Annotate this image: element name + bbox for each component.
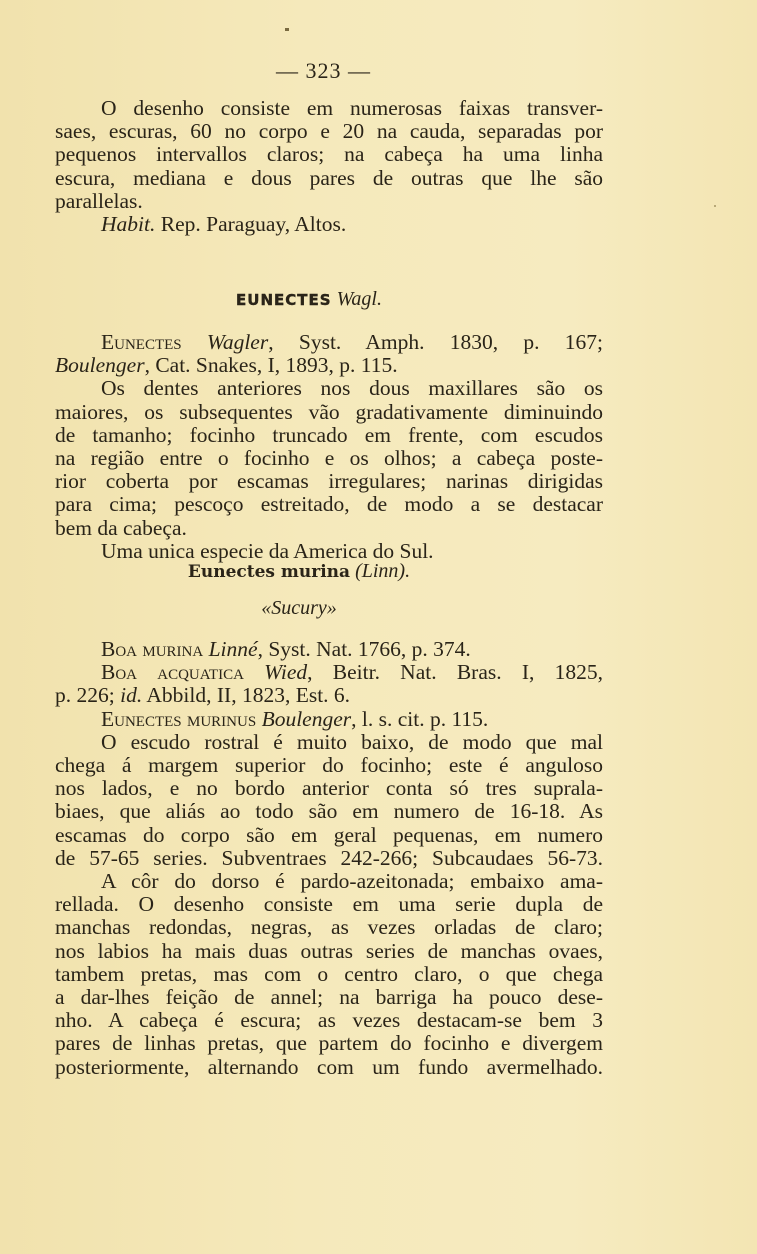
genus-author: Wagl.	[332, 288, 382, 310]
species-section: Boa murina Linné, Syst. Nat. 1766, p. 37…	[55, 638, 603, 1079]
synonym-citation: , l. s. cit. p. 115.	[351, 707, 488, 731]
text-line: de 57-65 series. Subventraes 242-266; Su…	[55, 847, 603, 870]
synonym-name: Eunectes murinus	[101, 707, 256, 731]
species-heading: Eunectes murina (Linn).	[55, 560, 603, 583]
text-line: biaes, que aliás ao todo são em numero d…	[55, 800, 603, 823]
ref-author: Boulenger	[55, 353, 145, 377]
text-line: A côr do dorso é pardo-azeitonada; embai…	[55, 870, 603, 893]
habitat-label: Habit.	[101, 212, 155, 236]
text-line: rellada. O desenho consiste em uma serie…	[55, 893, 603, 916]
text-line: tambem pretas, mas com o centro claro, o…	[55, 963, 603, 986]
text-line: maiores, os subsequentes vão gradativame…	[55, 401, 603, 424]
synonym-name: Boa acquatica	[101, 660, 244, 684]
text-line: para cima; pescoço estreitado, de modo a…	[55, 493, 603, 516]
ref-author: Wagler	[182, 330, 269, 354]
synonym: Boa murina Linné, Syst. Nat. 1766, p. 37…	[55, 638, 603, 661]
text-line: pequenos intervallos claros; na cabeça h…	[55, 143, 603, 166]
text-line: Os dentes anteriores nos dous maxillares…	[55, 377, 603, 400]
ref-citation: , Cat. Snakes, I, 1893, p. 115.	[145, 353, 398, 377]
text-line: O desenho consiste em numerosas faixas t…	[55, 97, 603, 120]
text-line: nho. A cabeça é escura; as vezes destaca…	[55, 1009, 603, 1032]
text-line: chega á margem superior do focinho; este…	[55, 754, 603, 777]
habitat-text: Rep. Paraguay, Altos.	[155, 212, 346, 236]
page-number: — 323 —	[0, 58, 757, 84]
text-line: de tamanho; focinho truncado em frente, …	[55, 424, 603, 447]
text-line: escamas do corpo são em geral pequenas, …	[55, 824, 603, 847]
synonym-citation: , Beitr. Nat. Bras. I, 1825,	[307, 660, 603, 684]
text-line: pares de linhas pretas, que partem do fo…	[55, 1032, 603, 1055]
text-line: a dar-lhes feição de annel; na barriga h…	[55, 986, 603, 1009]
text-line: bem da cabeça.	[55, 517, 603, 540]
species-name: Eunectes murina	[188, 562, 350, 582]
scan-speck	[714, 205, 716, 207]
genus-heading: EUNECTES Wagl.	[55, 288, 603, 311]
synonym-author: Boulenger	[256, 707, 351, 731]
ref-citation: , Syst. Amph. 1830, p. 167;	[268, 330, 603, 354]
synonym-continuation: p. 226; id. Abbild, II, 1823, Est. 6.	[55, 684, 603, 707]
genus-reference-1: Eunectes Wagler, Syst. Amph. 1830, p. 16…	[55, 331, 603, 354]
genus-reference-2: Boulenger, Cat. Snakes, I, 1893, p. 115.	[55, 354, 603, 377]
common-name-text: «Sucury»	[55, 597, 603, 620]
genus-name: EUNECTES	[236, 291, 332, 309]
synonym-author: Linné	[203, 637, 257, 661]
scan-speck	[285, 28, 289, 31]
text-line: escura, mediana e dous pares de outras q…	[55, 167, 603, 190]
text-line: na região entre o focinho e os olhos; a …	[55, 447, 603, 470]
common-name: «Sucury»	[55, 597, 603, 620]
text-line: posteriormente, alternando com um fundo …	[55, 1056, 603, 1079]
text-line: nos lados, e no bordo anterior conta só …	[55, 777, 603, 800]
genus-section: Eunectes Wagler, Syst. Amph. 1830, p. 16…	[55, 331, 603, 563]
synonym-id: id.	[120, 683, 142, 707]
text-line: O escudo rostral é muito baixo, de modo …	[55, 731, 603, 754]
habitat-line: Habit. Rep. Paraguay, Altos.	[55, 213, 603, 236]
synonym-citation: Abbild, II, 1823, Est. 6.	[142, 683, 350, 707]
synonym-citation: , Syst. Nat. 1766, p. 374.	[258, 637, 471, 661]
synonym-author: Wied	[244, 660, 307, 684]
synonym-name: Boa murina	[101, 637, 203, 661]
text-line: manchas redondas, negras, as vezes orlad…	[55, 916, 603, 939]
species-author: (Linn).	[350, 560, 410, 582]
text-line: parallelas.	[55, 190, 603, 213]
synonym: Boa acquatica Wied, Beitr. Nat. Bras. I,…	[55, 661, 603, 684]
ref-genus: Eunectes	[101, 330, 182, 354]
intro-paragraph: O desenho consiste em numerosas faixas t…	[55, 97, 603, 236]
synonym: Eunectes murinus Boulenger, l. s. cit. p…	[55, 708, 603, 731]
text-line: nos labios ha mais duas outras series de…	[55, 940, 603, 963]
synonym-citation: p. 226;	[55, 683, 120, 707]
text-line: saes, escuras, 60 no corpo e 20 na cauda…	[55, 120, 603, 143]
text-line: rior coberta por escamas irregulares; na…	[55, 470, 603, 493]
